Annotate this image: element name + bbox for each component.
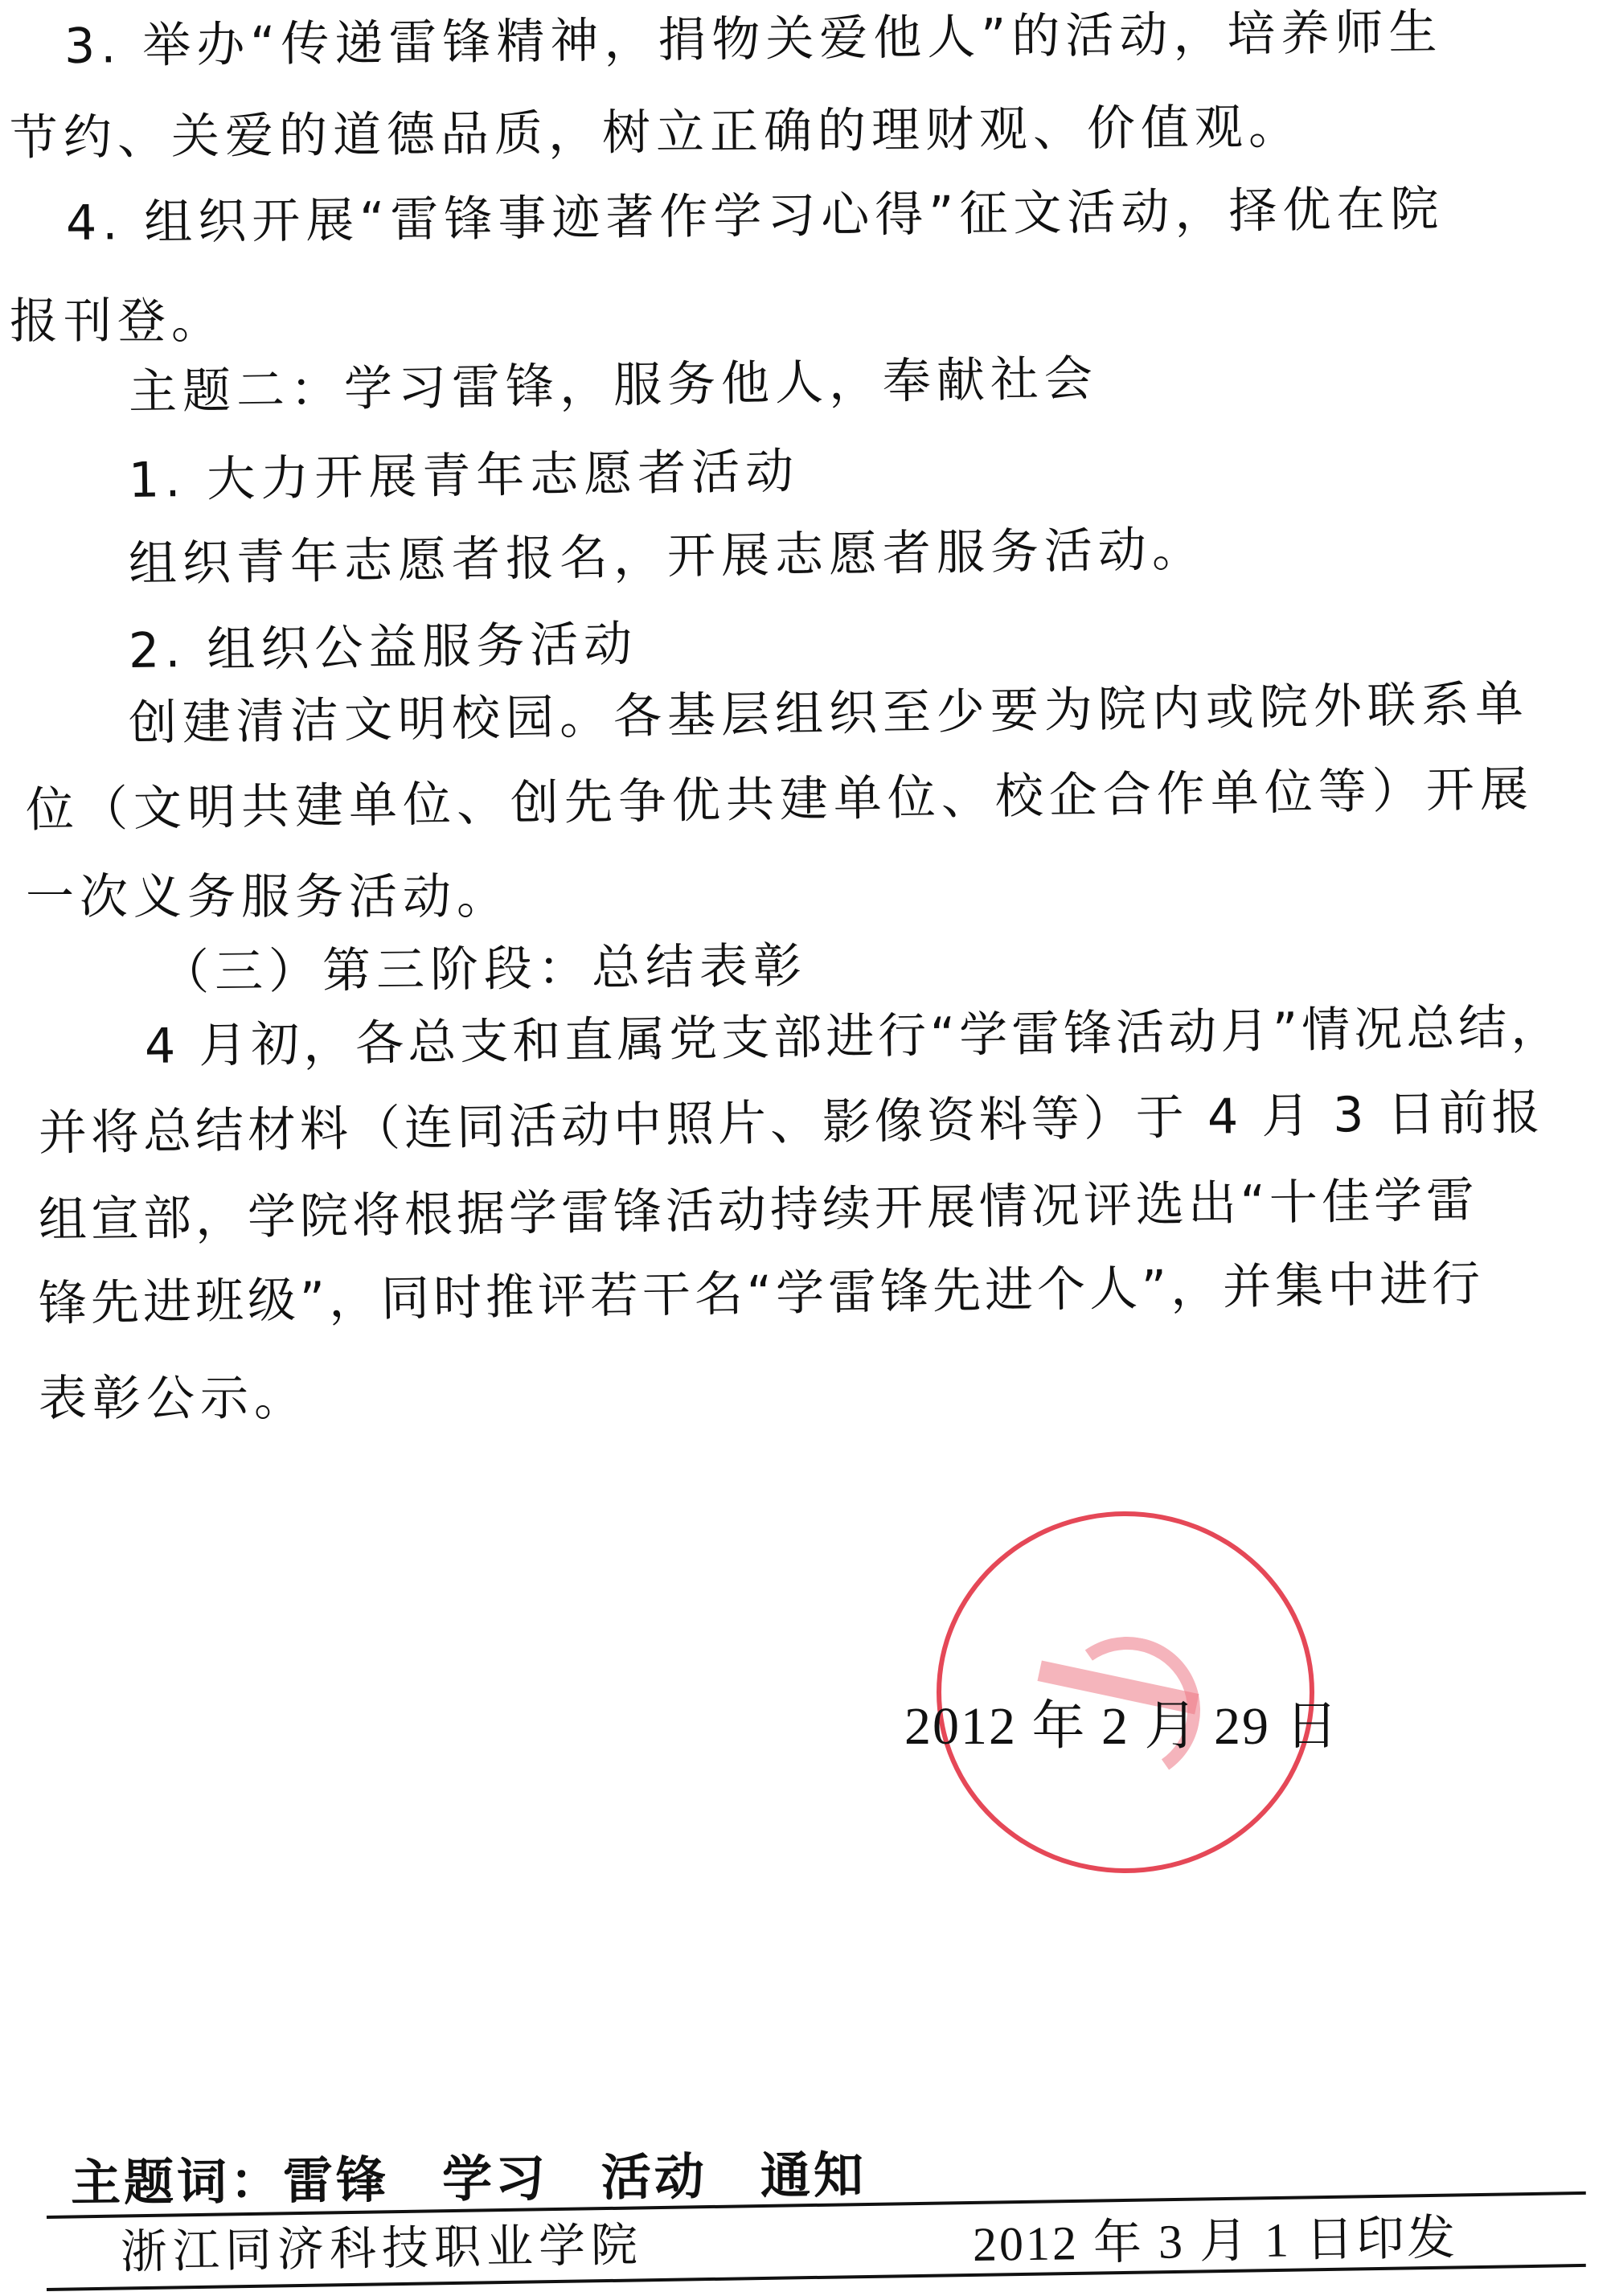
paragraph-line: 节约、关爱的道德品质，树立正确的理财观、价值观。 xyxy=(10,103,1302,162)
subsection-heading: 2. 组织公益服务活动 xyxy=(129,620,638,675)
issue-date: 2012 年 3 月 1 日印发 xyxy=(973,2214,1458,2269)
issuer-name: 浙江同济科技职业学院 xyxy=(121,2221,644,2275)
paragraph-line: 报刊登。 xyxy=(10,297,225,346)
paragraph-line: 组宣部，学院将根据学雷锋活动持续开展情况评选出“十佳学雷 xyxy=(39,1176,1479,1244)
paragraph-line: 3. 举办“传递雷锋精神，捐物关爱他人”的活动，培养师生 xyxy=(64,8,1443,71)
official-seal xyxy=(937,1511,1314,1873)
paragraph-line: 4 月初，各总支和直属党支部进行“学雷锋活动月”情况总结， xyxy=(145,1002,1564,1071)
subsection-heading: 1. 大力开展青年志愿者活动 xyxy=(129,447,800,505)
keywords-label: 主题词：雷锋 学习 活动 通知 xyxy=(71,2150,867,2208)
paragraph-line: 并将总结材料（连同活动中照片、影像资料等）于 4 月 3 日前报 xyxy=(39,1089,1544,1158)
paragraph-line: 组织青年志愿者报名，开展志愿者服务活动。 xyxy=(129,525,1207,588)
section-heading: （三）第三阶段：总结表彰 xyxy=(161,942,808,997)
paragraph-line: 4. 组织开展“雷锋事迹著作学习心得”征文活动，择优在院 xyxy=(66,185,1445,248)
signature-date: 2012 年 2 月 29 日 xyxy=(904,1700,1340,1753)
paragraph-line: 创建清洁文明校园。各基层组织至少要为院内或院外联系单 xyxy=(129,680,1530,748)
section-heading: 主题二：学习雷锋，服务他人，奉献社会 xyxy=(129,355,1099,416)
paragraph-line: 表彰公示。 xyxy=(39,1375,308,1423)
paragraph-line: 锋先进班级”，同时推评若干名“学雷锋先进个人”，并集中进行 xyxy=(39,1260,1485,1328)
paragraph-line: 位（文明共建单位、创先争优共建单位、校企合作单位等）开展 xyxy=(26,765,1535,834)
paragraph-line: 一次义务服务活动。 xyxy=(26,873,510,921)
